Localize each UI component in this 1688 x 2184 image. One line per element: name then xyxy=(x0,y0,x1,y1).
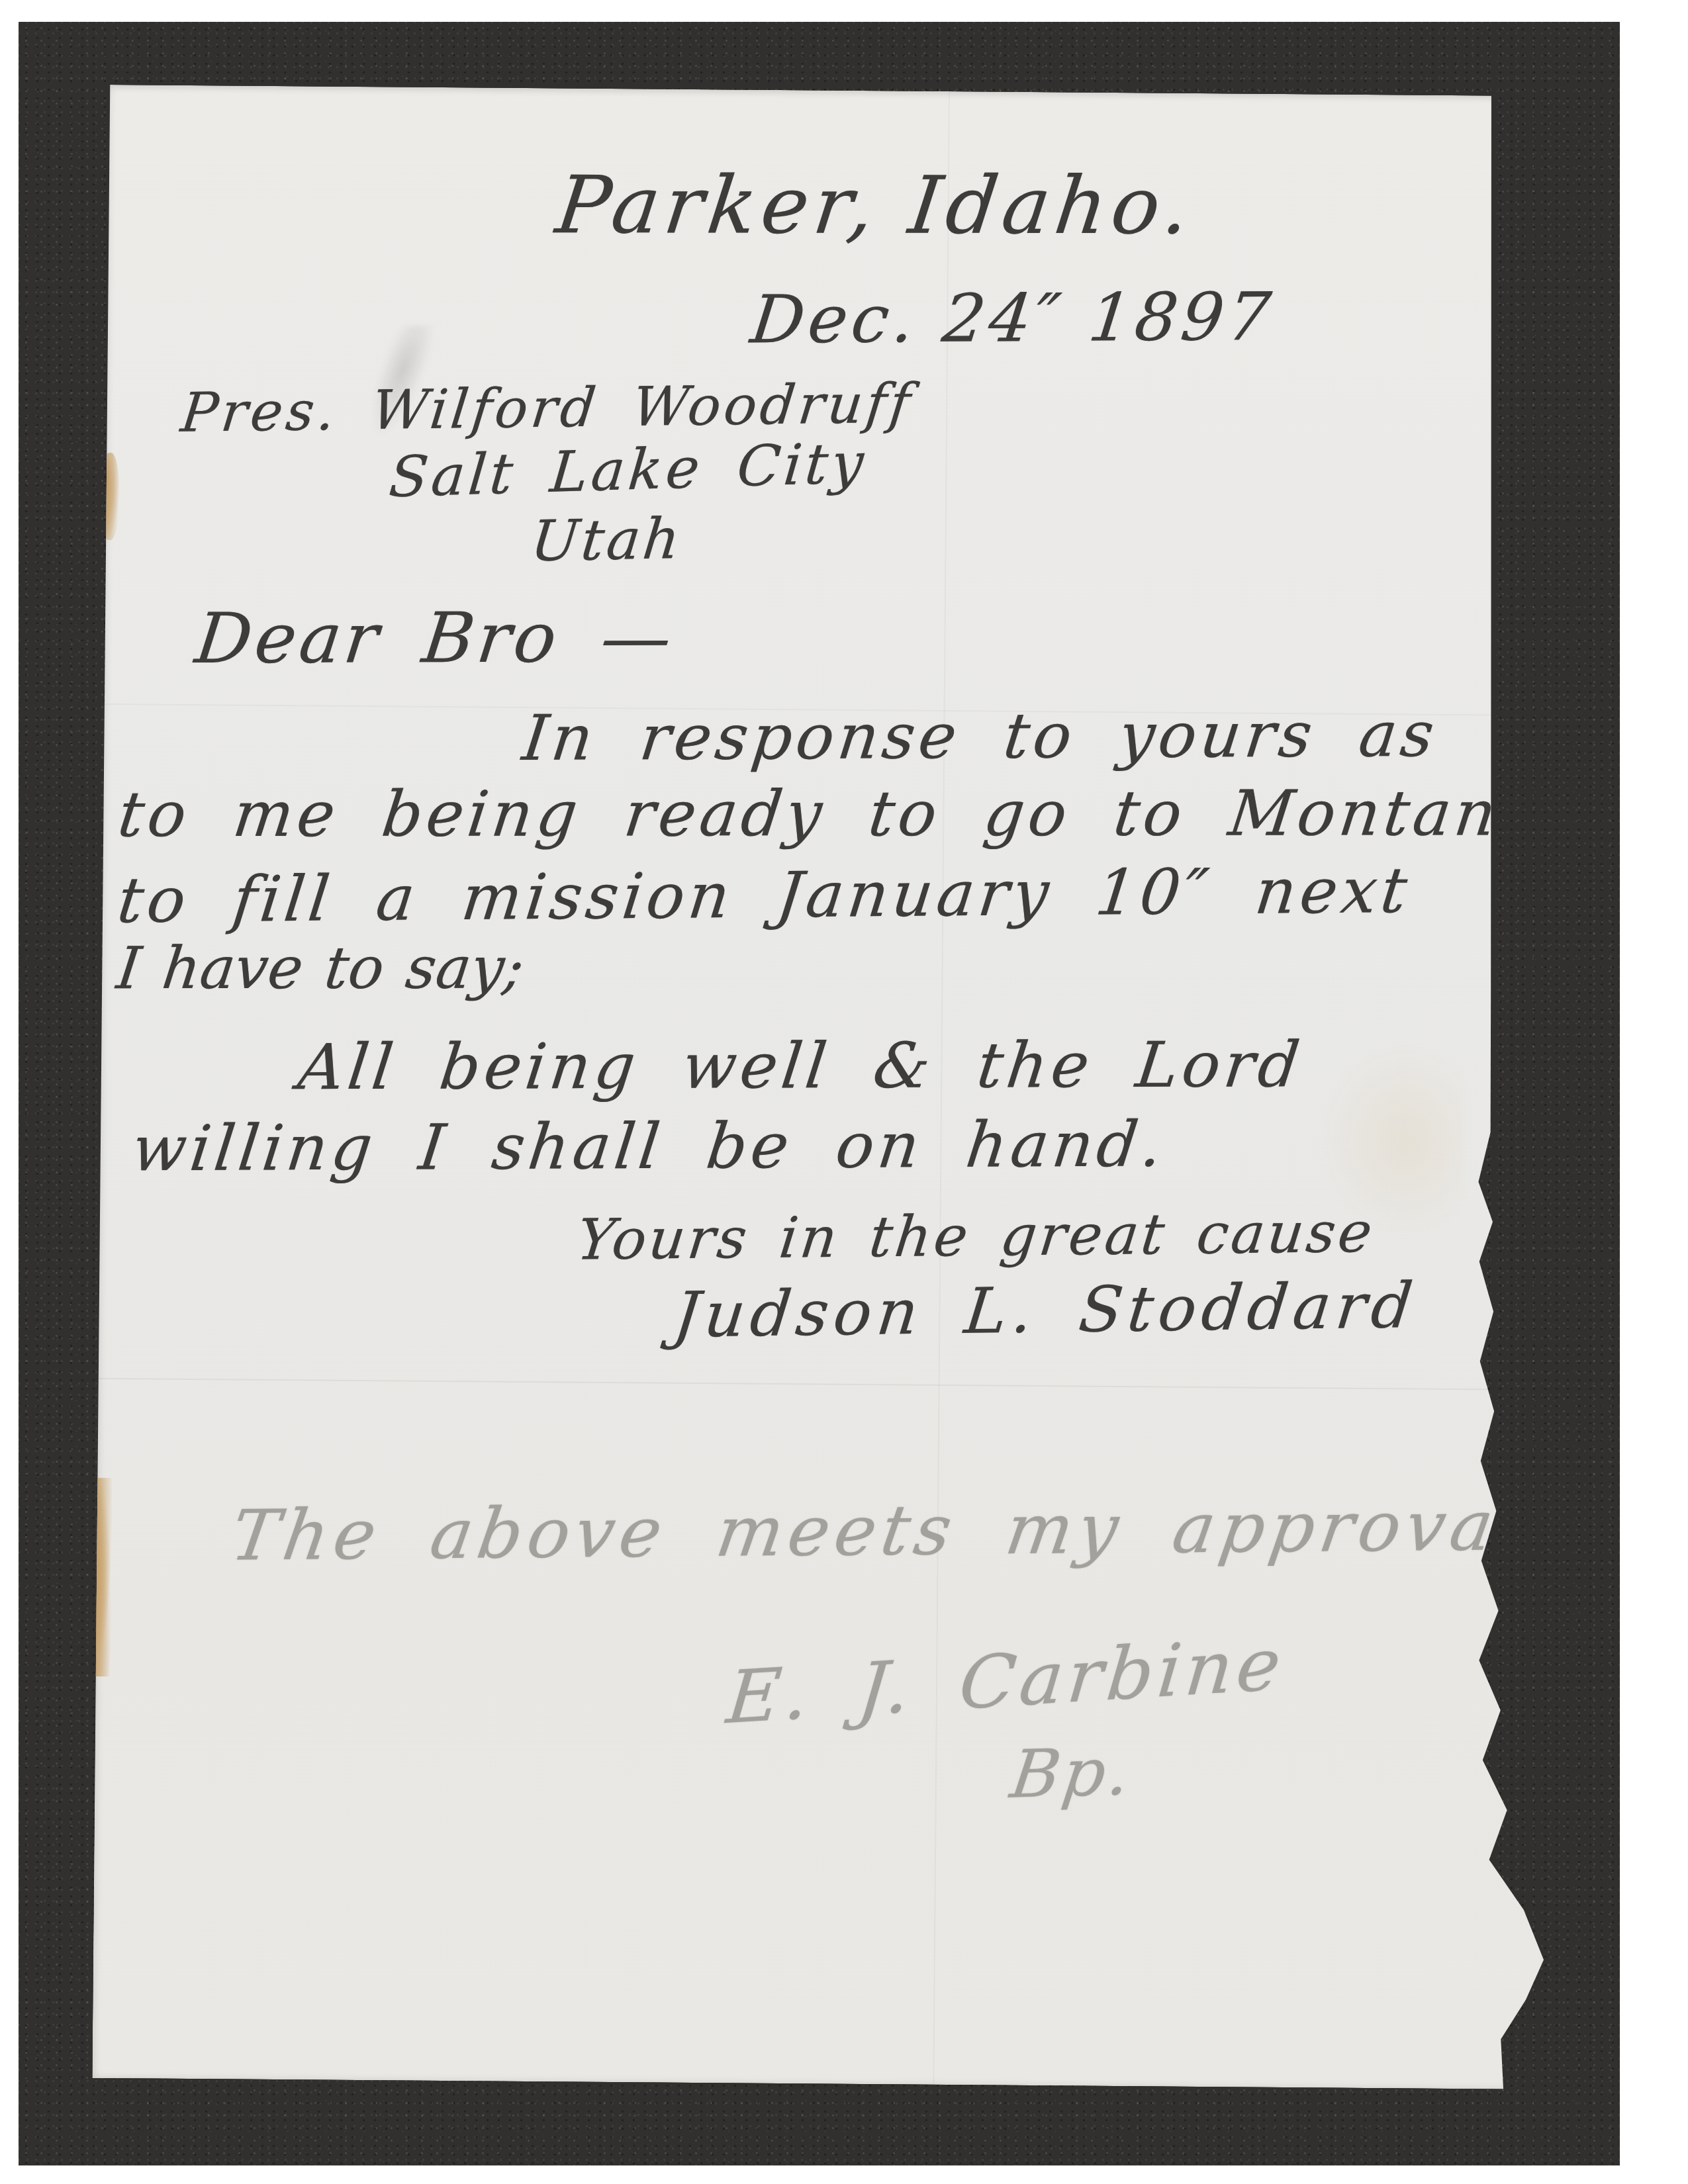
place-line: Parker, Idaho. xyxy=(551,159,1200,252)
letter-scan: Parker, Idaho. Dec. 24″ 1897 Pres. Wilfo… xyxy=(0,0,1688,2184)
approver-signature: E. J. Carbine xyxy=(724,1621,1289,1740)
sender-signature: Judson L. Stoddard xyxy=(670,1269,1421,1352)
recipient-state-line: Utah xyxy=(528,506,685,574)
body-line: I have to say; xyxy=(113,934,528,1002)
body-line: willing I shall be on hand. xyxy=(128,1109,1170,1186)
body-line: In response to yours as xyxy=(519,698,1442,775)
body-line: All being well & the Lord xyxy=(295,1028,1307,1104)
recipient-city-line: Salt Lake City xyxy=(387,431,870,511)
salutation-line: Dear Bro — xyxy=(191,597,679,679)
approval-note: The above meets my approval xyxy=(226,1485,1532,1576)
closing-line: Yours in the great cause xyxy=(574,1200,1378,1273)
fold-crease-horizontal-lower xyxy=(98,1378,1554,1390)
letter-paper: Parker, Idaho. Dec. 24″ 1897 Pres. Wilfo… xyxy=(92,85,1564,2089)
body-line: to me being ready to go to Montana xyxy=(115,777,1546,851)
approver-title: Bp. xyxy=(1006,1733,1137,1813)
body-line: to fill a mission January 10″ next xyxy=(114,854,1415,937)
date-line: Dec. 24″ 1897 xyxy=(747,278,1278,359)
